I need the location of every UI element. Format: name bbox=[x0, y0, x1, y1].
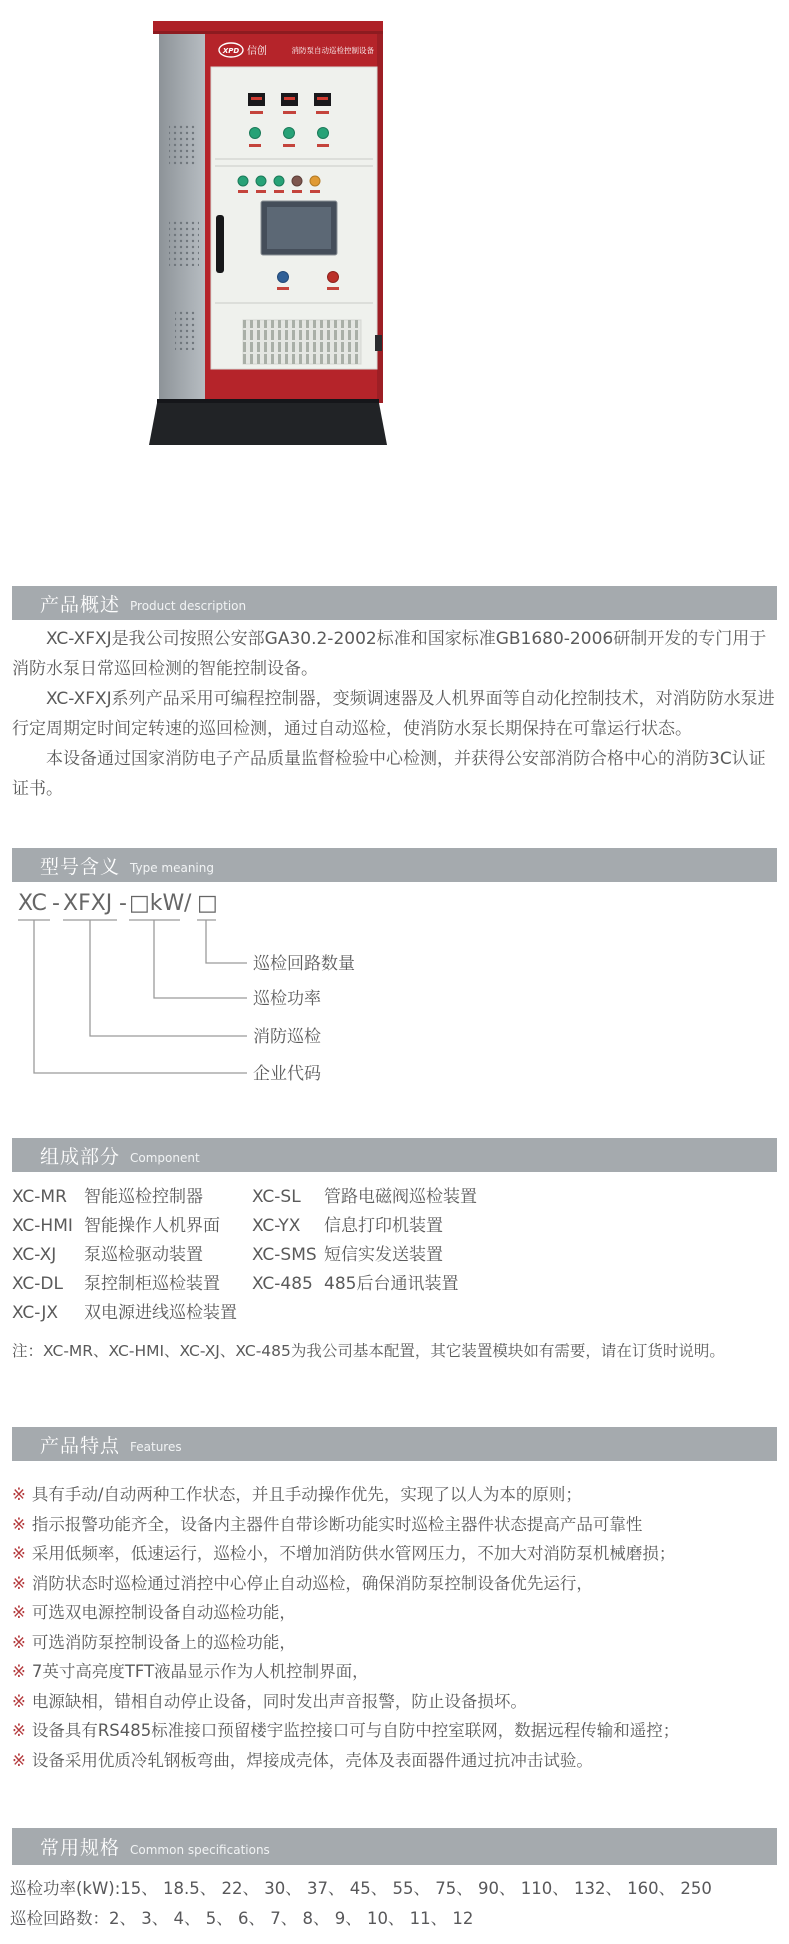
model-code-diagram: XC - XFXJ - □kW / □ 巡检回路数量 巡检功率 消防巡检 企业代… bbox=[0, 886, 780, 1101]
feature-item: ※可选消防泵控制设备上的巡检功能， bbox=[12, 1628, 784, 1658]
component-desc: 泵控制柜巡检装置 bbox=[84, 1270, 220, 1299]
feature-item: ※电源缺相，错相自动停止设备，同时发出声音报警，防止设备损坏。 bbox=[12, 1687, 784, 1717]
section-title-cn: 型号含义 bbox=[40, 852, 120, 879]
diagram-label-power: 巡检功率 bbox=[253, 989, 321, 1009]
section-title-en: Product description bbox=[130, 599, 246, 613]
feature-text: 采用低频率，低速运行，巡检小，不增加消防供水管网压力，不加大对消防泵机械磨损； bbox=[32, 1544, 676, 1563]
component-desc: 短信实发送装置 bbox=[324, 1241, 443, 1270]
component-row: XC-SL管路电磁阀巡检装置 bbox=[252, 1183, 612, 1212]
component-list-left: XC-MR智能巡检控制器 XC-HMI智能操作人机界面 XC-XJ泵巡检驱动装置… bbox=[12, 1183, 247, 1328]
feature-item: ※指示报警功能齐全，设备内主器件自带诊断功能实时巡检主器件状态提高产品可靠性 bbox=[12, 1510, 784, 1540]
component-code: XC-SMS bbox=[252, 1241, 324, 1270]
component-code: XC-HMI bbox=[12, 1212, 84, 1241]
feature-item: ※7英寸高亮度TFT液晶显示作为人机控制界面， bbox=[12, 1657, 784, 1687]
feature-item: ※采用低频率，低速运行，巡检小，不增加消防供水管网压力，不加大对消防泵机械磨损； bbox=[12, 1539, 784, 1569]
component-row: XC-JX双电源进线巡检装置 bbox=[12, 1299, 247, 1328]
feature-bullet: ※ bbox=[12, 1692, 26, 1711]
brand-logo-text: 信创 bbox=[247, 44, 267, 57]
features-list: ※具有手动/自动两种工作状态，并且手动操作优先，实现了以人为本的原则； ※指示报… bbox=[12, 1480, 784, 1775]
spec-line-loops: 巡检回路数：2、 3、 4、 5、 6、 7、 8、 9、 10、 11、 12 bbox=[10, 1904, 785, 1934]
door-latch bbox=[375, 335, 382, 351]
component-desc: 485后台通讯装置 bbox=[324, 1270, 458, 1299]
diagram-connector-lines bbox=[18, 920, 247, 1073]
section-header-component: 组成部分 Component bbox=[12, 1138, 777, 1172]
side-vent-grid bbox=[169, 125, 195, 167]
cabinet-illustration: XPD 信创 消防泵自动巡检控制设备 bbox=[143, 5, 393, 450]
section-title-cn: 组成部分 bbox=[40, 1142, 120, 1169]
feature-bullet: ※ bbox=[12, 1662, 26, 1681]
section-title-cn: 常用规格 bbox=[40, 1833, 120, 1860]
component-list-right: XC-SL管路电磁阀巡检装置 XC-YX信息打印机装置 XC-SMS短信实发送装… bbox=[252, 1183, 612, 1299]
component-code: XC-485 bbox=[252, 1270, 324, 1299]
cabinet-base bbox=[149, 399, 387, 445]
cabinet-banner-text: 消防泵自动巡检控制设备 bbox=[292, 45, 375, 55]
model-segment-series: XFXJ bbox=[63, 891, 112, 916]
side-vent-grid bbox=[175, 310, 197, 350]
overview-paragraphs: XC-XFXJ是我公司按照公安部GA30.2-2002标准和国家标准GB1680… bbox=[12, 624, 779, 804]
section-title-en: Component bbox=[130, 1151, 200, 1165]
feature-text: 消防状态时巡检通过消控中心停止自动巡检，确保消防泵控制设备优先运行， bbox=[32, 1574, 593, 1593]
feature-text: 设备具有RS485标准接口预留楼宇监控接口可与自防中控室联网，数据远程传输和遥控… bbox=[32, 1721, 679, 1740]
component-code: XC-DL bbox=[12, 1270, 84, 1299]
component-note: 注：XC-MR、XC-HMI、XC-XJ、XC-485为我公司基本配置，其它装置… bbox=[12, 1340, 784, 1362]
component-code: XC-XJ bbox=[12, 1241, 84, 1270]
component-row: XC-XJ泵巡检驱动装置 bbox=[12, 1241, 247, 1270]
model-segment-power: □kW bbox=[129, 891, 185, 916]
model-segment-company: XC bbox=[18, 891, 47, 916]
component-code: XC-YX bbox=[252, 1212, 324, 1241]
model-separator: - bbox=[119, 891, 127, 916]
component-desc: 泵巡检驱动装置 bbox=[84, 1241, 203, 1270]
feature-bullet: ※ bbox=[12, 1603, 26, 1622]
component-desc: 管路电磁阀巡检装置 bbox=[324, 1183, 477, 1212]
feature-item: ※设备具有RS485标准接口预留楼宇监控接口可与自防中控室联网，数据远程传输和遥… bbox=[12, 1716, 784, 1746]
component-row: XC-DL泵控制柜巡检装置 bbox=[12, 1270, 247, 1299]
component-desc: 双电源进线巡检装置 bbox=[84, 1299, 237, 1328]
door-handle bbox=[216, 215, 224, 273]
section-header-specifications: 常用规格 Common specifications bbox=[12, 1828, 777, 1865]
overview-paragraph: XC-XFXJ是我公司按照公安部GA30.2-2002标准和国家标准GB1680… bbox=[12, 624, 779, 684]
feature-text: 电源缺相，错相自动停止设备，同时发出声音报警，防止设备损坏。 bbox=[32, 1692, 527, 1711]
feature-item: ※设备采用优质冷轧钢板弯曲，焊接成壳体，壳体及表面器件通过抗冲击试验。 bbox=[12, 1746, 784, 1776]
touchscreen bbox=[261, 201, 337, 255]
component-code: XC-JX bbox=[12, 1299, 84, 1328]
section-title-en: Common specifications bbox=[130, 1843, 270, 1857]
side-vent-grid bbox=[169, 220, 199, 266]
component-code: XC-SL bbox=[252, 1183, 324, 1212]
feature-item: ※具有手动/自动两种工作状态，并且手动操作优先，实现了以人为本的原则； bbox=[12, 1480, 784, 1510]
section-title-cn: 产品特点 bbox=[40, 1431, 120, 1458]
overview-paragraph: XC-XFXJ系列产品采用可编程控制器，变频调速器及人机界面等自动化控制技术，对… bbox=[12, 684, 779, 744]
overview-paragraph: 本设备通过国家消防电子产品质量监督检验中心检测，并获得公安部消防合格中心的消防3… bbox=[12, 744, 779, 804]
diagram-label-series: 消防巡检 bbox=[253, 1027, 321, 1047]
model-code: XC - XFXJ - □kW / □ bbox=[18, 891, 218, 916]
feature-item: ※消防状态时巡检通过消控中心停止自动巡检，确保消防泵控制设备优先运行， bbox=[12, 1569, 784, 1599]
specifications-list: 巡检功率(kW):15、 18.5、 22、 30、 37、 45、 55、 7… bbox=[10, 1874, 785, 1934]
door-vent-slots bbox=[243, 320, 361, 364]
feature-bullet: ※ bbox=[12, 1721, 26, 1740]
feature-text: 可选双电源控制设备自动巡检功能， bbox=[32, 1603, 296, 1622]
cabinet-side-panel bbox=[159, 34, 205, 403]
feature-bullet: ※ bbox=[12, 1751, 26, 1770]
section-title-cn: 产品概述 bbox=[40, 590, 120, 617]
feature-text: 指示报警功能齐全，设备内主器件自带诊断功能实时巡检主器件状态提高产品可靠性 bbox=[32, 1515, 643, 1534]
diagram-label-company: 企业代码 bbox=[253, 1064, 321, 1084]
cabinet-top-cap bbox=[153, 21, 383, 34]
component-row: XC-SMS短信实发送装置 bbox=[252, 1241, 612, 1270]
feature-text: 可选消防泵控制设备上的巡检功能， bbox=[32, 1633, 296, 1652]
diagram-labels: 巡检回路数量 巡检功率 消防巡检 企业代码 bbox=[253, 954, 355, 1084]
brand-logo-mark: XPD bbox=[222, 47, 240, 55]
feature-bullet: ※ bbox=[12, 1574, 26, 1593]
model-separator: / bbox=[184, 891, 192, 916]
component-desc: 智能操作人机界面 bbox=[84, 1212, 220, 1241]
section-title-en: Type meaning bbox=[130, 861, 214, 875]
component-row: XC-YX信息打印机装置 bbox=[252, 1212, 612, 1241]
model-segment-loops: □ bbox=[197, 891, 218, 916]
component-row: XC-485485后台通讯装置 bbox=[252, 1270, 612, 1299]
feature-bullet: ※ bbox=[12, 1485, 26, 1504]
diagram-label-loops: 巡检回路数量 bbox=[253, 954, 355, 974]
feature-text: 具有手动/自动两种工作状态，并且手动操作优先，实现了以人为本的原则； bbox=[32, 1485, 582, 1504]
spec-line-power: 巡检功率(kW):15、 18.5、 22、 30、 37、 45、 55、 7… bbox=[10, 1874, 785, 1904]
component-row: XC-MR智能巡检控制器 bbox=[12, 1183, 247, 1212]
section-header-type-meaning: 型号含义 Type meaning bbox=[12, 848, 777, 882]
component-code: XC-MR bbox=[12, 1183, 84, 1212]
section-header-overview: 产品概述 Product description bbox=[12, 586, 777, 620]
model-separator: - bbox=[52, 891, 60, 916]
feature-bullet: ※ bbox=[12, 1515, 26, 1534]
section-header-features: 产品特点 Features bbox=[12, 1427, 777, 1461]
component-row: XC-HMI智能操作人机界面 bbox=[12, 1212, 247, 1241]
feature-item: ※可选双电源控制设备自动巡检功能， bbox=[12, 1598, 784, 1628]
component-desc: 信息打印机装置 bbox=[324, 1212, 443, 1241]
cabinet-door bbox=[211, 67, 377, 369]
product-datasheet-page: XPD 信创 消防泵自动巡检控制设备 bbox=[0, 0, 789, 1944]
feature-text: 7英寸高亮度TFT液晶显示作为人机控制界面， bbox=[32, 1662, 369, 1681]
feature-text: 设备采用优质冷轧钢板弯曲，焊接成壳体，壳体及表面器件通过抗冲击试验。 bbox=[32, 1751, 593, 1770]
feature-bullet: ※ bbox=[12, 1633, 26, 1652]
section-title-en: Features bbox=[130, 1440, 182, 1454]
component-desc: 智能巡检控制器 bbox=[84, 1183, 203, 1212]
feature-bullet: ※ bbox=[12, 1544, 26, 1563]
